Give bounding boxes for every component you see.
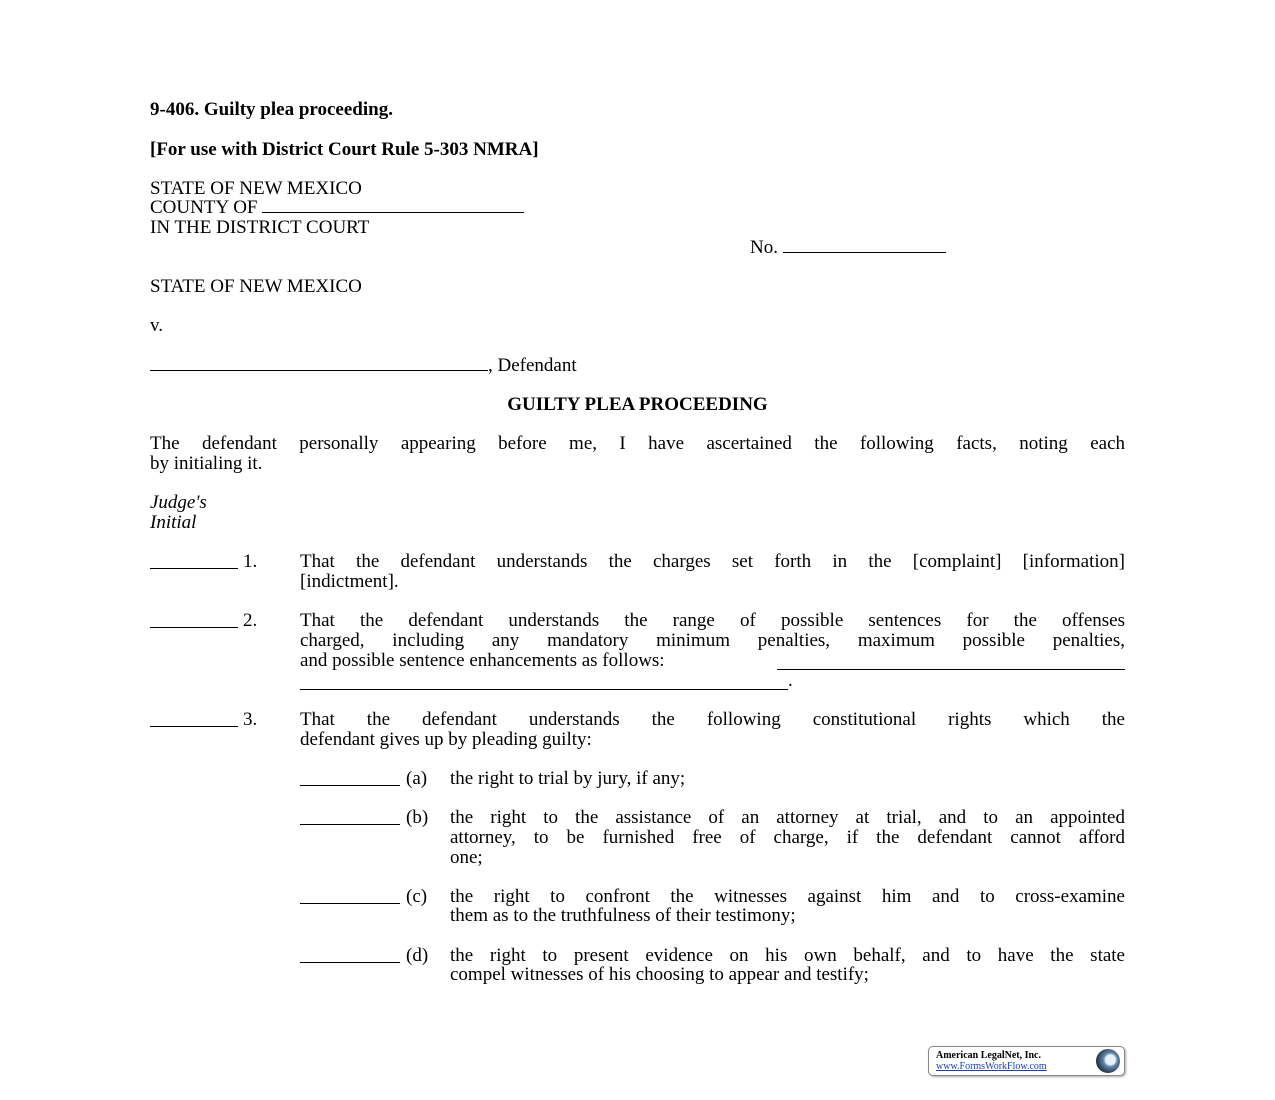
county-field[interactable] — [262, 198, 524, 213]
item-2-line-1: That the defendant understands the range… — [300, 611, 1125, 631]
right-c-line-2: them as to the truthfulness of their tes… — [450, 906, 796, 926]
sentence-details-field-2[interactable] — [300, 674, 788, 690]
intro-line-1: The defendant personally appearing befor… — [150, 434, 1125, 454]
item-2-line-3: and possible sentence enhancements as fo… — [300, 651, 665, 671]
legalnet-badge[interactable]: American LegalNet, Inc. www.FormsWorkFlo… — [928, 1046, 1125, 1076]
judges-initial-header-2: Initial — [150, 513, 196, 533]
right-c-line-1: the right to confront the witnesses agai… — [450, 887, 1125, 907]
item-number-1: 1. — [243, 552, 257, 572]
badge-company: American LegalNet, Inc. — [936, 1050, 1041, 1061]
initial-field-3d[interactable] — [300, 947, 400, 963]
item-number-3: 3. — [243, 710, 257, 730]
initial-field-1[interactable] — [150, 553, 238, 569]
initial-field-3c[interactable] — [300, 888, 400, 904]
intro-line-2: by initialing it. — [150, 454, 262, 474]
defendant-label: , Defendant — [488, 355, 577, 376]
rule-heading: 9-406. Guilty plea proceeding. — [150, 100, 393, 120]
rule-number: 9-406 — [150, 99, 194, 120]
right-a-line-1: the right to trial by jury, if any; — [450, 769, 685, 789]
defendant-name-field[interactable] — [150, 356, 488, 371]
initial-field-3b[interactable] — [300, 809, 400, 825]
right-letter-d: (d) — [406, 946, 428, 966]
versus: v. — [150, 316, 163, 336]
judges-initial-header-1: Judge's — [150, 493, 207, 513]
right-d-line-2: compel witnesses of his choosing to appe… — [450, 965, 869, 985]
item-3-line-1: That the defendant understands the follo… — [300, 710, 1125, 730]
defendant-line: , Defendant — [150, 356, 577, 376]
initial-field-3[interactable] — [150, 711, 238, 727]
item-2-line-2: charged, including any mandatory minimum… — [300, 631, 1125, 651]
item-1-line-1: That the defendant understands the charg… — [300, 552, 1125, 572]
item-number-2: 2. — [243, 611, 257, 631]
right-b-line-1: the right to the assistance of an attorn… — [450, 808, 1125, 828]
globe-logo-icon — [1096, 1049, 1120, 1073]
usage-note: [For use with District Court Rule 5-303 … — [150, 140, 539, 160]
badge-url-link[interactable]: www.FormsWorkFlow.com — [936, 1061, 1047, 1072]
right-b-line-2: attorney, to be furnished free of charge… — [450, 828, 1125, 848]
case-number: No. — [750, 238, 946, 258]
caption-county: COUNTY OF — [150, 198, 524, 218]
item-2-period: . — [788, 671, 793, 691]
caption-state: STATE OF NEW MEXICO — [150, 179, 362, 199]
case-no-label: No. — [750, 237, 778, 258]
caption-court: IN THE DISTRICT COURT — [150, 218, 369, 238]
right-b-line-3: one; — [450, 848, 483, 868]
case-number-field[interactable] — [783, 238, 946, 253]
sentence-details-field-1[interactable] — [777, 654, 1125, 670]
item-1-line-2: [indictment]. — [300, 572, 399, 592]
initial-field-2[interactable] — [150, 612, 238, 628]
right-d-line-1: the right to present evidence on his own… — [450, 946, 1125, 966]
form-title: GUILTY PLEA PROCEEDING — [0, 395, 1275, 415]
right-letter-c: (c) — [406, 887, 427, 907]
right-letter-b: (b) — [406, 808, 428, 828]
item-3-line-2: defendant gives up by pleading guilty: — [300, 730, 592, 750]
right-letter-a: (a) — [406, 769, 427, 789]
county-label: COUNTY OF — [150, 197, 258, 218]
plaintiff: STATE OF NEW MEXICO — [150, 277, 362, 297]
rule-title: . Guilty plea proceeding. — [194, 99, 393, 120]
initial-field-3a[interactable] — [300, 770, 400, 786]
